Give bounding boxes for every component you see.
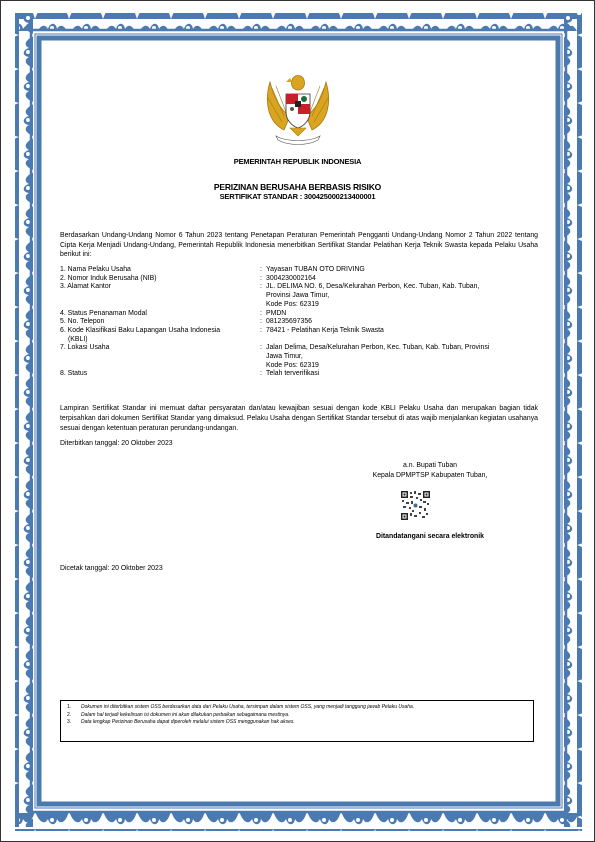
- notes-box: 1. Dokumen ini diterbitkan sistem OSS be…: [60, 700, 534, 742]
- document-title: PERIZINAN BERUSAHA BERBASIS RISIKO: [0, 182, 595, 192]
- field-row-business-location: 7. Lokasi Usaha : Jalan Delima, Desa/Kel…: [60, 344, 538, 370]
- field-label: 2. Nomor Induk Berusaha (NIB): [60, 275, 260, 284]
- qr-code-icon[interactable]: [401, 491, 430, 520]
- field-row-investment-status: 4. Status Penanaman Modal : PMDN: [60, 310, 538, 319]
- intro-paragraph: Berdasarkan Undang-Undang Nomor 6 Tahun …: [60, 231, 538, 260]
- signatory-line-1: a.n. Bupati Tuban: [330, 462, 530, 469]
- field-label: 8. Status: [60, 370, 260, 379]
- field-row-name: 1. Nama Pelaku Usaha : Yayasan TUBAN OTO…: [60, 266, 538, 275]
- business-details: 1. Nama Pelaku Usaha : Yayasan TUBAN OTO…: [60, 266, 538, 379]
- signatory-line-2: Kepala DPMPTSP Kabupaten Tuban,: [330, 472, 530, 479]
- government-heading: PEMERINTAH REPUBLIK INDONESIA: [0, 157, 595, 166]
- electronic-signature-note: Ditandatangani secara elektronik: [330, 533, 530, 540]
- field-value: JL. DELIMA NO. 6, Desa/Kelurahan Perbon,…: [266, 283, 538, 309]
- field-value: Yayasan TUBAN OTO DRIVING: [266, 266, 538, 275]
- field-label: 4. Status Penanaman Modal: [60, 310, 260, 319]
- field-label: 3. Alamat Kantor: [60, 283, 260, 309]
- field-row-phone: 5. No. Telepon : 081235697356: [60, 318, 538, 327]
- field-row-kbli: 6. Kode Klasifikasi Baku Lapangan Usaha …: [60, 327, 538, 344]
- field-row-status: 8. Status : Telah terverifikasi: [60, 370, 538, 379]
- field-value: PMDN: [266, 310, 538, 319]
- field-label: 5. No. Telepon: [60, 318, 260, 327]
- field-row-office-address: 3. Alamat Kantor : JL. DELIMA NO. 6, Des…: [60, 283, 538, 309]
- field-label: 6. Kode Klasifikasi Baku Lapangan Usaha …: [60, 327, 260, 344]
- field-value: 081235697356: [266, 318, 538, 327]
- field-value: 78421 - Pelatihan Kerja Teknik Swasta: [266, 327, 538, 344]
- field-value: 3004230002164: [266, 275, 538, 284]
- note-item: 3. Data lengkap Perizinan Berusaha dapat…: [67, 719, 527, 727]
- note-item: 2. Dalam hal terjadi kekeliruan isi doku…: [67, 712, 527, 720]
- field-label: 7. Lokasi Usaha: [60, 344, 260, 370]
- field-row-nib: 2. Nomor Induk Berusaha (NIB) : 30042300…: [60, 275, 538, 284]
- garuda-emblem-icon: [262, 72, 334, 148]
- certificate-number: SERTIFIKAT STANDAR : 300425000213400001: [0, 192, 595, 201]
- field-value: Telah terverifikasi: [266, 370, 538, 379]
- attachment-paragraph: Lampiran Sertifikat Standar ini memuat d…: [60, 404, 538, 433]
- printed-date: Dicetak tanggal: 20 Oktober 2023: [60, 565, 163, 572]
- field-value: Jalan Delima, Desa/Kelurahan Perbon, Kec…: [266, 344, 538, 370]
- field-label: 1. Nama Pelaku Usaha: [60, 266, 260, 275]
- note-item: 1. Dokumen ini diterbitkan sistem OSS be…: [67, 704, 527, 712]
- issued-date: Diterbitkan tanggal: 20 Oktober 2023: [60, 440, 173, 447]
